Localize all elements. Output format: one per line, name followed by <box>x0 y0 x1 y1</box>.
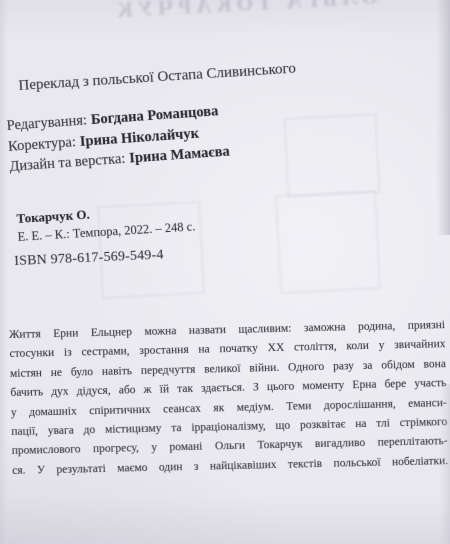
page-edge-shadow-right-top <box>436 0 450 235</box>
credit-name: Ірина Мамаєва <box>129 144 230 167</box>
credits-block: Редагування:Богдана Романцова Коректура:… <box>6 101 230 178</box>
credit-role: Редагування: <box>6 112 87 134</box>
translation-credit-line: Переклад з польської Остапа Сливинського <box>18 61 296 95</box>
showthrough-frame <box>276 190 381 293</box>
showthrough-title-text: ОЛЬГА ТОКАРЧУК <box>48 0 379 27</box>
annotation-paragraph: Життя Ерни Ельцнер можна назвати щасливи… <box>9 319 448 484</box>
book-page-photo: ОЛЬГА ТОКАРЧУК Переклад з польської Оста… <box>0 0 450 544</box>
page-edge-shadow-left <box>0 0 8 544</box>
credit-role: Коректура: <box>8 134 77 155</box>
showthrough-frame <box>284 114 380 198</box>
